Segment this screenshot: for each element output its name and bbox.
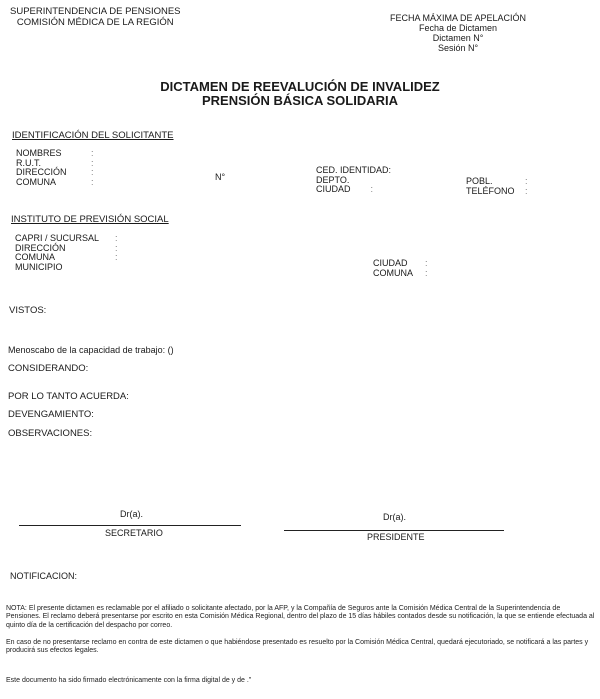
instituto-fields-left: CAPRI / SUCURSAL DIRECCIÓN COMUNA MUNICI…: [15, 234, 99, 272]
dictamen-meta: FECHA MÁXIMA DE APELACIÓN Fecha de Dicta…: [390, 13, 526, 53]
label-municipio: MUNICIPIO: [15, 263, 99, 273]
issuer-comision: COMISIÓN MÉDICA DE LA REGIÓN: [10, 17, 181, 28]
observaciones-label: OBSERVACIONES:: [8, 428, 92, 439]
secretario-signature-line: [19, 525, 241, 526]
nota-paragraph: NOTA: El presente dictamen es reclamable…: [6, 605, 596, 630]
secretario-name: Dr(a).: [120, 509, 143, 519]
solicitante-fields-left: NOMBRES R.U.T. DIRECCIÓN COMUNA: [16, 149, 67, 187]
presidente-signature-line: [284, 530, 504, 531]
colon: :: [91, 178, 94, 188]
considerando-label: CONSIDERANDO:: [8, 363, 88, 374]
title-line-1: DICTAMEN DE REEVALUCIÓN DE INVALIDEZ: [0, 80, 600, 94]
label-ciudad-text: CIUDAD: [316, 184, 351, 194]
solicitante-colons: : : : :: [91, 149, 94, 187]
label-telefono: TELÉFONO: [466, 187, 515, 197]
solicitante-fields-mid: CED. IDENTIDAD: DEPTO. CIUDAD:: [316, 166, 391, 195]
presidente-role: PRESIDENTE: [367, 532, 425, 542]
issuer-superintendencia: SUPERINTENDENCIA DE PENSIONES: [10, 6, 181, 17]
label-comuna: COMUNA: [16, 178, 67, 188]
devengamiento-label: DEVENGAMIENTO:: [8, 409, 94, 420]
instituto-right-colons: : :: [425, 259, 428, 278]
instituto-colons: : : :: [115, 234, 118, 263]
caso-paragraph: En caso de no presentarse reclamo en con…: [6, 639, 596, 656]
vistos-label: VISTOS:: [9, 305, 46, 316]
secretario-role: SECRETARIO: [105, 528, 163, 538]
label-comuna: COMUNA: [373, 269, 413, 279]
notificacion-label: NOTIFICACION:: [10, 571, 77, 581]
colon: :: [525, 187, 528, 197]
section-heading-solicitante: IDENTIFICACIÓN DEL SOLICITANTE: [12, 130, 174, 141]
colon: :: [115, 253, 118, 263]
fecha-maxima-apelacion-label: FECHA MÁXIMA DE APELACIÓN: [390, 13, 526, 23]
solicitante-fields-right: POBL. TELÉFONO: [466, 177, 515, 196]
colon: :: [371, 184, 374, 194]
colon: :: [425, 269, 428, 279]
section-heading-instituto: INSTITUTO DE PREVISIÓN SOCIAL: [11, 214, 169, 225]
solicitante-right-colons: : :: [525, 177, 528, 196]
document-title: DICTAMEN DE REEVALUCIÓN DE INVALIDEZ PRE…: [0, 80, 600, 108]
presidente-name: Dr(a).: [383, 512, 406, 522]
issuer-header: SUPERINTENDENCIA DE PENSIONES COMISIÓN M…: [10, 6, 181, 28]
label-numero: N°: [215, 173, 225, 183]
fecha-dictamen-label: Fecha de Dictamen: [390, 23, 526, 33]
menoscabo-label: Menoscabo de la capacidad de trabajo: (): [8, 345, 174, 355]
title-line-2: PRENSIÓN BÁSICA SOLIDARIA: [0, 94, 600, 108]
label-ciudad: CIUDAD:: [316, 185, 391, 195]
firma-digital-paragraph: Este documento ha sido firmado electróni…: [6, 677, 596, 685]
sesion-numero-label: Sesión N°: [390, 43, 526, 53]
acuerda-label: POR LO TANTO ACUERDA:: [8, 391, 129, 402]
instituto-fields-right: CIUDAD COMUNA: [373, 259, 413, 278]
dictamen-numero-label: Dictamen N°: [390, 33, 526, 43]
